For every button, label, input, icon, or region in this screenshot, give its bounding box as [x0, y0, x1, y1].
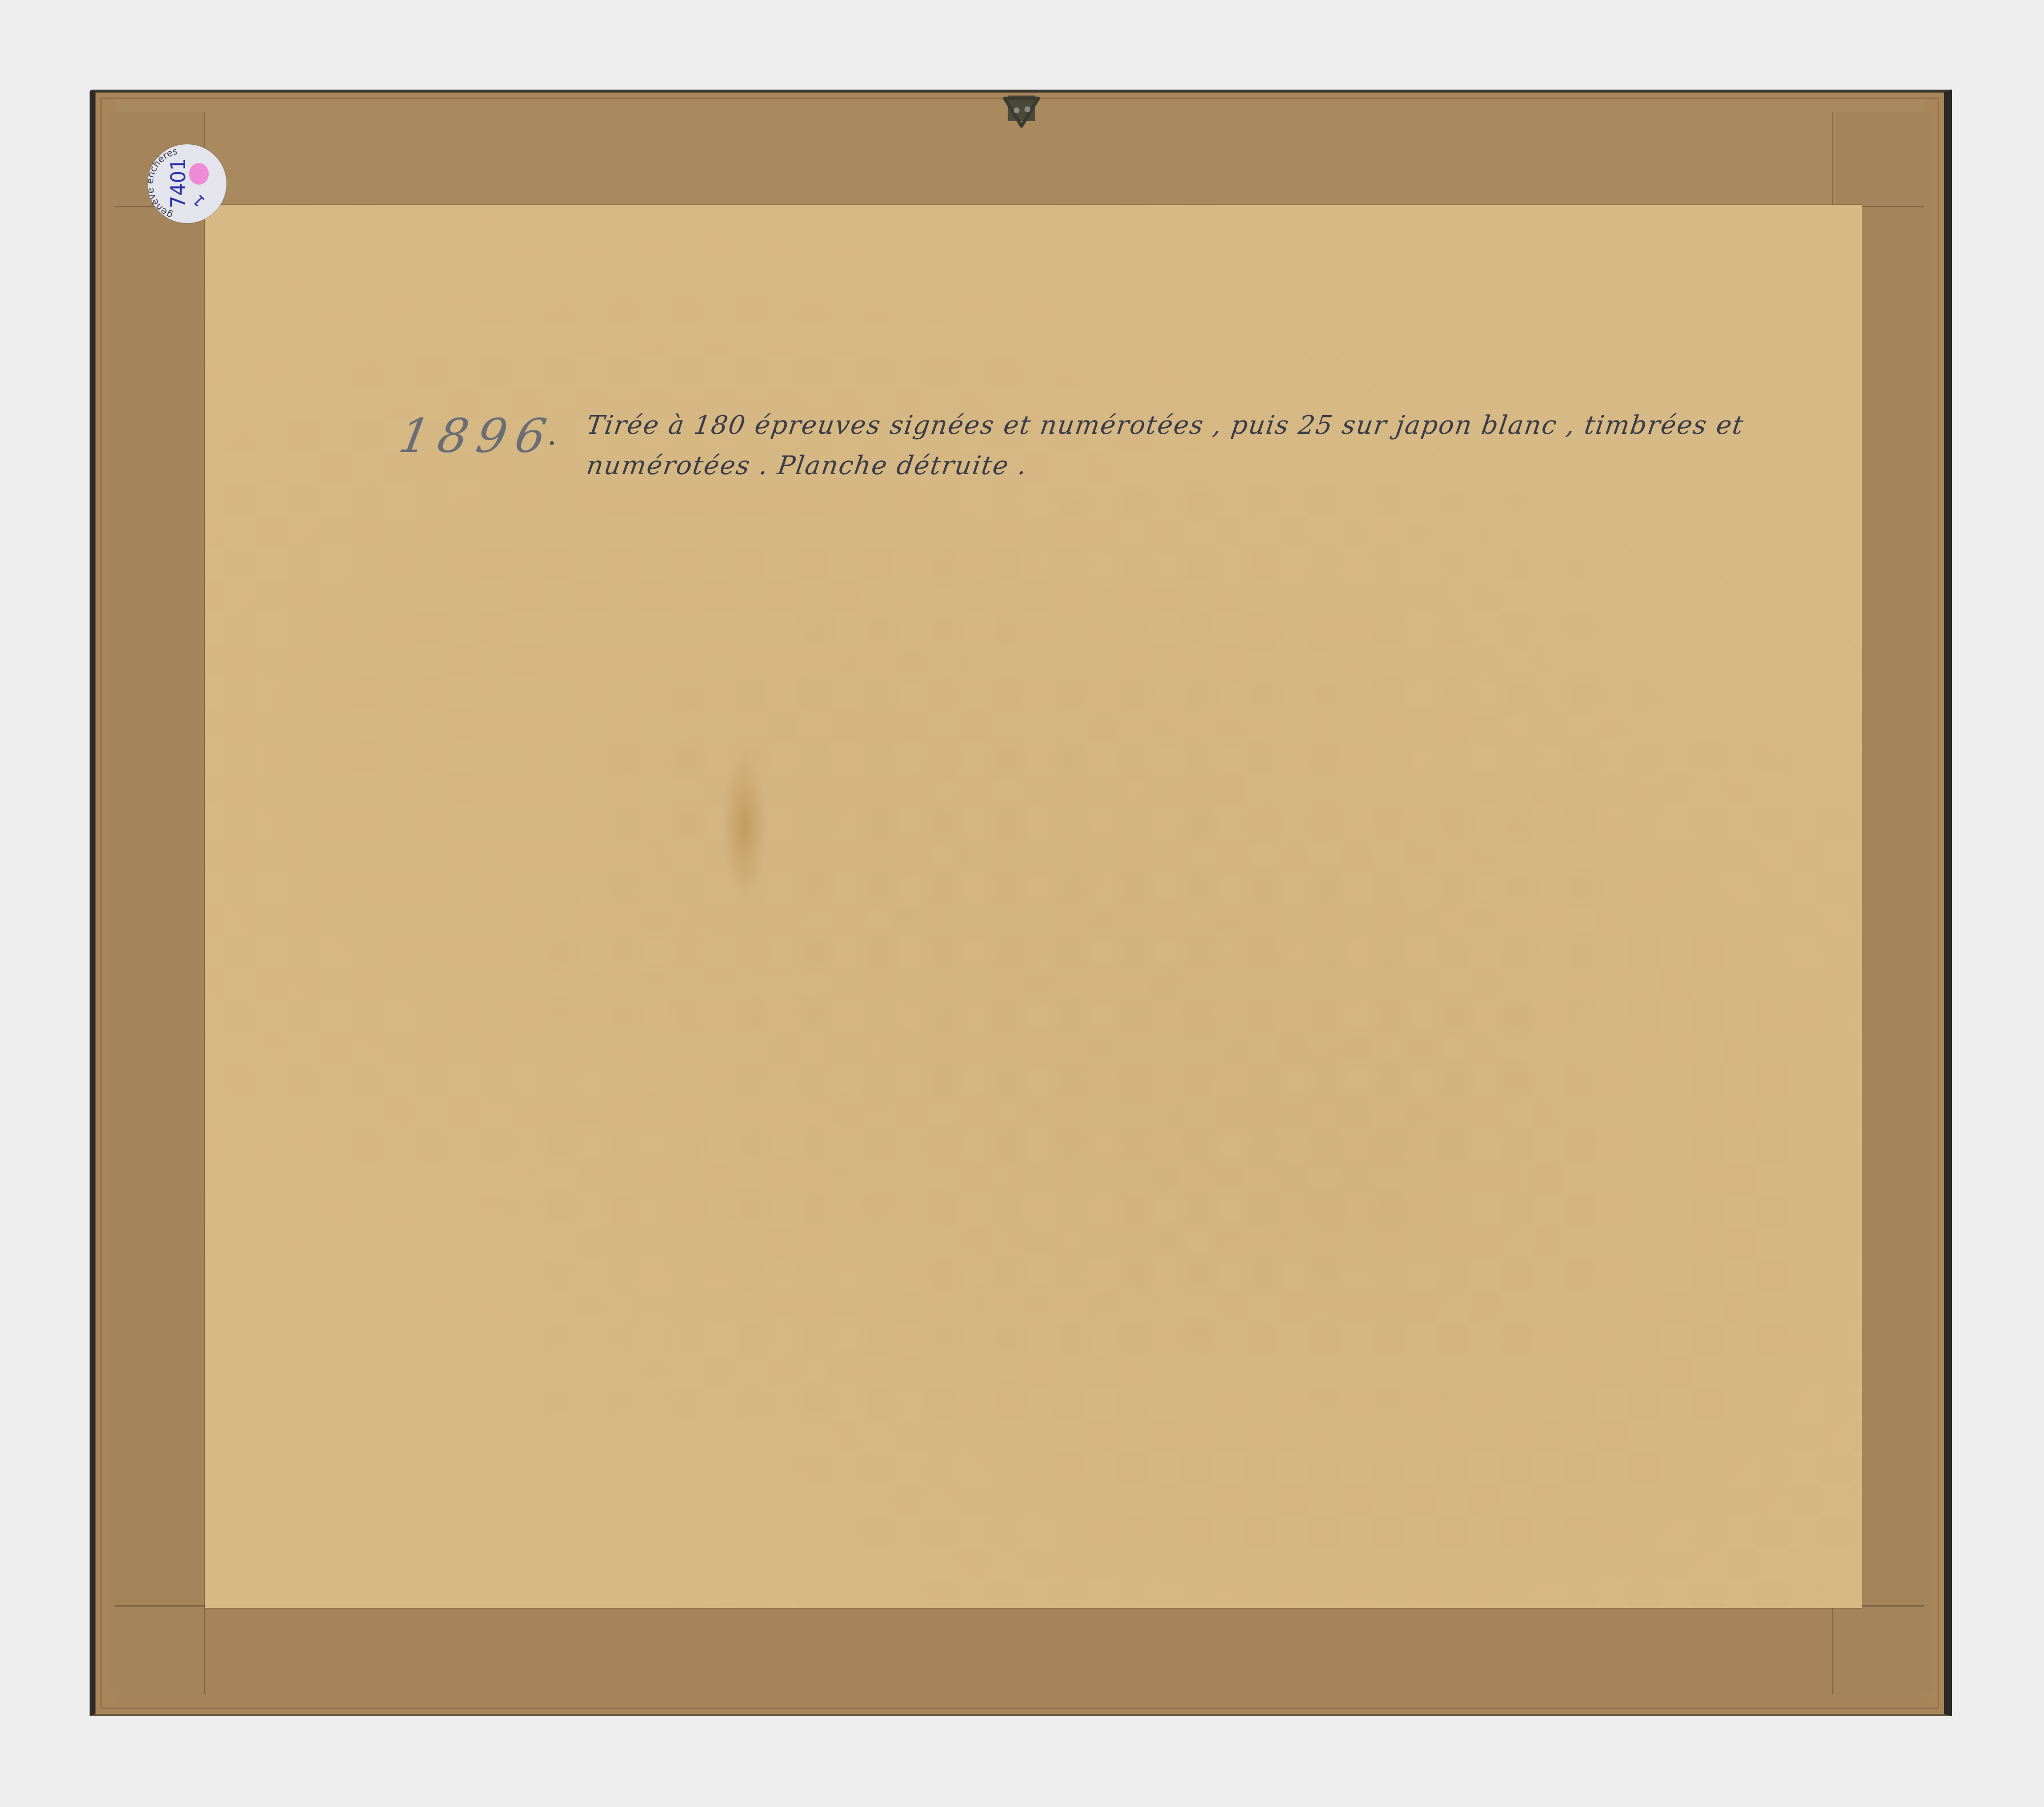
inscription-line-1: Tirée à 180 épreuves signées et numéroté…: [585, 411, 1746, 440]
tape-bottom: [115, 1606, 1924, 1704]
auction-sticker: genève enchères 7401 1: [148, 144, 226, 223]
backing-paper: 1896 Tirée à 180 épreuves signées et num…: [205, 205, 1862, 1608]
foxing-stain: [722, 751, 766, 899]
inscription-line-2: numérotées . Planche détruite .: [585, 451, 1029, 481]
svg-text:1: 1: [190, 191, 208, 210]
pink-dot: [189, 163, 209, 185]
svg-text:7401: 7401: [167, 158, 190, 208]
picture-frame: 1896 Tirée à 180 épreuves signées et num…: [90, 90, 1952, 1716]
inscription-dot: [550, 441, 554, 445]
inscription-year: 1896: [395, 409, 559, 463]
tape-left: [105, 112, 204, 1694]
tape-seam: [204, 112, 205, 1694]
hanger-icon: [1002, 94, 1041, 128]
